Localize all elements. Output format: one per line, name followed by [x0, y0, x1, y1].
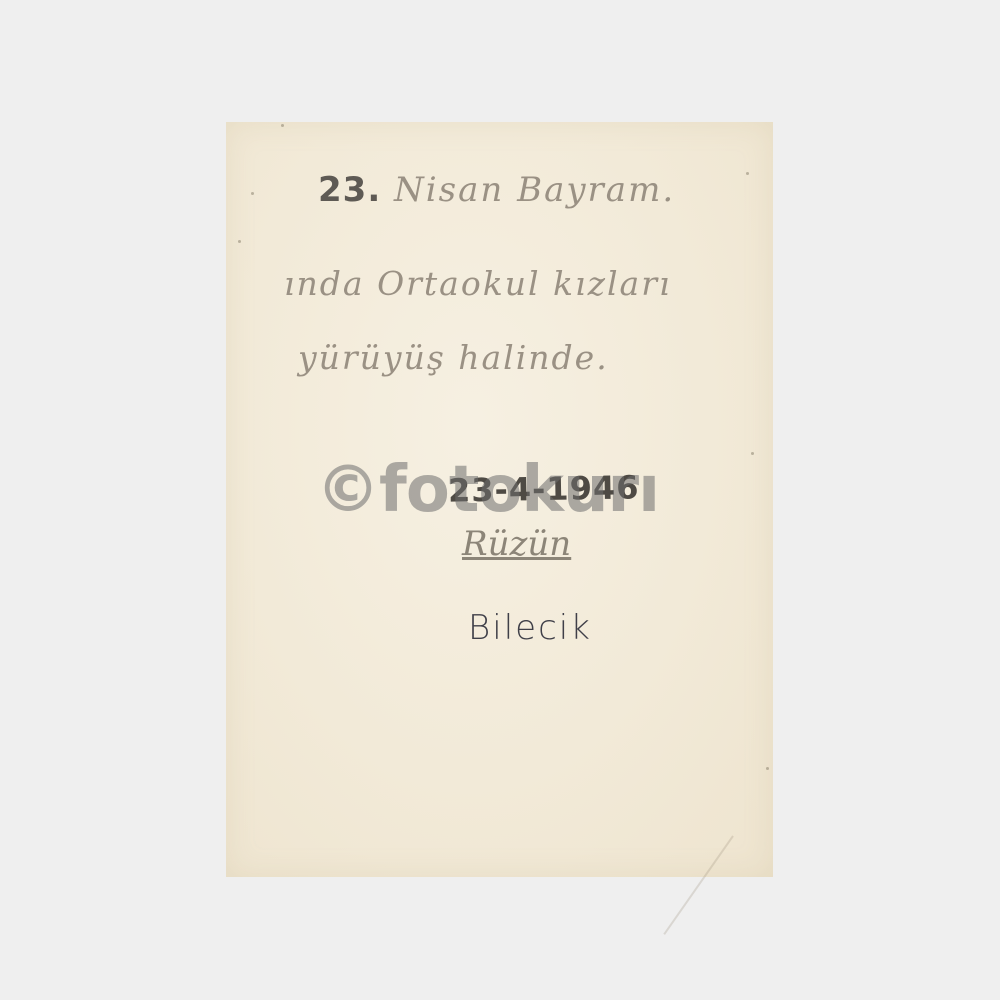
paper-spot [281, 124, 284, 127]
signature: Rüzün [462, 524, 571, 564]
caption-line-3: yürüyüş halinde. [298, 338, 609, 377]
paper-spot [251, 192, 254, 195]
caption-line-1: 23. Nisan Bayram. [318, 170, 675, 210]
caption-day-number: 23. [318, 170, 381, 210]
paper-spot [746, 172, 749, 175]
paper-spot [766, 767, 769, 770]
paper-crease [663, 835, 733, 934]
caption-line-2: ında Ortaokul kızları [284, 264, 672, 303]
handwritten-date: 23-4-1946 [448, 468, 640, 509]
paper-spot [238, 240, 241, 243]
paper-spot [751, 452, 754, 455]
place-name: Bilecik [468, 608, 592, 648]
photo-back-card: 23. Nisan Bayram. ında Ortaokul kızları … [226, 122, 773, 877]
caption-line-1-text: Nisan Bayram. [381, 170, 675, 210]
